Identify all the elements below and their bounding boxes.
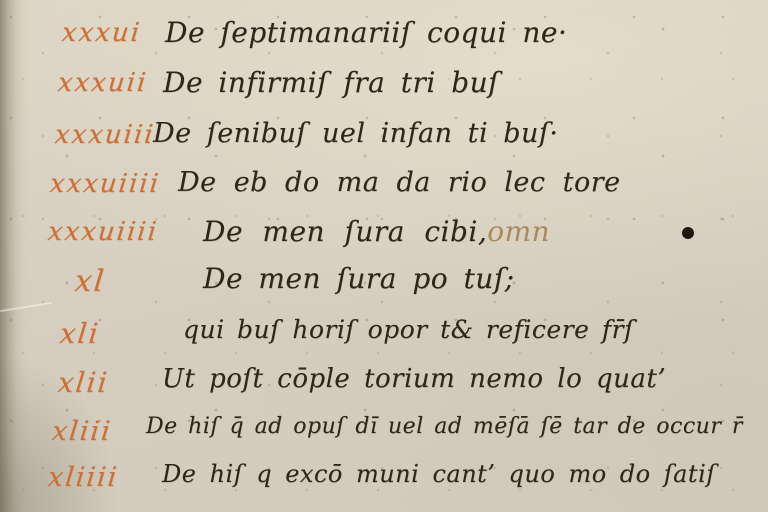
chapter-title: De hiſ q excō muni cant’ quo mo do ſatiſ — [162, 460, 716, 488]
chapter-title: De ſenibuſ uel infan ti buſ· — [153, 118, 558, 149]
chapter-title: De eb do ma da rio lec tore — [178, 167, 621, 198]
chapter-numeral: xliiii — [46, 462, 120, 493]
ink-dot — [682, 227, 694, 239]
chapter-numeral: xxxuii — [56, 68, 149, 98]
chapter-entry: xxxuiiii De eb do ma da rio lec tore — [0, 167, 768, 211]
chapter-numeral: xlii — [56, 366, 110, 399]
manuscript-page: xxxui De ſeptimanariiſ coqui ne· xxxuii … — [0, 0, 768, 512]
chapter-entry: xxxui De ſeptimanariiſ coqui ne· — [0, 16, 768, 60]
chapter-entry: xxxuiiii De men ſura cibi,omn — [0, 215, 768, 259]
chapter-title: De ſeptimanariiſ coqui ne· — [165, 16, 567, 49]
chapter-numeral: xl — [73, 264, 107, 299]
chapter-numeral: xxxui — [60, 18, 142, 48]
chapter-numeral: xxxuiiii — [48, 169, 161, 199]
chapter-title-faded: omn — [487, 215, 550, 248]
chapter-entry: xliii De hiſ q̄ ad opuſ dı̄ uel ad mēſā … — [0, 414, 768, 458]
chapter-title: De infirmiſ fra tri buſ — [163, 66, 499, 99]
chapter-entry: xxxuii De infirmiſ fra tri buſ — [0, 66, 768, 110]
chapter-entry: xl De men ſura po tuſ; — [0, 262, 768, 306]
chapter-title: De men ſura po tuſ; — [203, 262, 515, 295]
chapter-entry: xlii Ut poſt cōple torium nemo lo quat’ — [0, 364, 768, 408]
chapter-entry: xliiii De hiſ q excō muni cant’ quo mo d… — [0, 460, 768, 504]
chapter-entry: xxxuiii De ſenibuſ uel infan ti buſ· — [0, 118, 768, 162]
chapter-numeral: xli — [58, 317, 101, 350]
chapter-numeral: xxxuiii — [53, 120, 156, 150]
chapter-title: De men ſura cibi,omn — [203, 215, 550, 248]
chapter-numeral: xxxuiiii — [46, 217, 159, 247]
chapter-title: Ut poſt cōple torium nemo lo quat’ — [162, 364, 666, 394]
chapter-entry: xli qui buſ horiſ opor t& reficere fr̄ſ — [0, 315, 768, 359]
chapter-title-main: De men ſura cibi, — [203, 215, 487, 248]
chapter-title: qui buſ horiſ opor t& reficere fr̄ſ — [183, 315, 634, 344]
chapter-numeral: xliii — [50, 416, 113, 447]
chapter-title: De hiſ q̄ ad opuſ dı̄ uel ad mēſā ſē tar… — [146, 414, 743, 439]
